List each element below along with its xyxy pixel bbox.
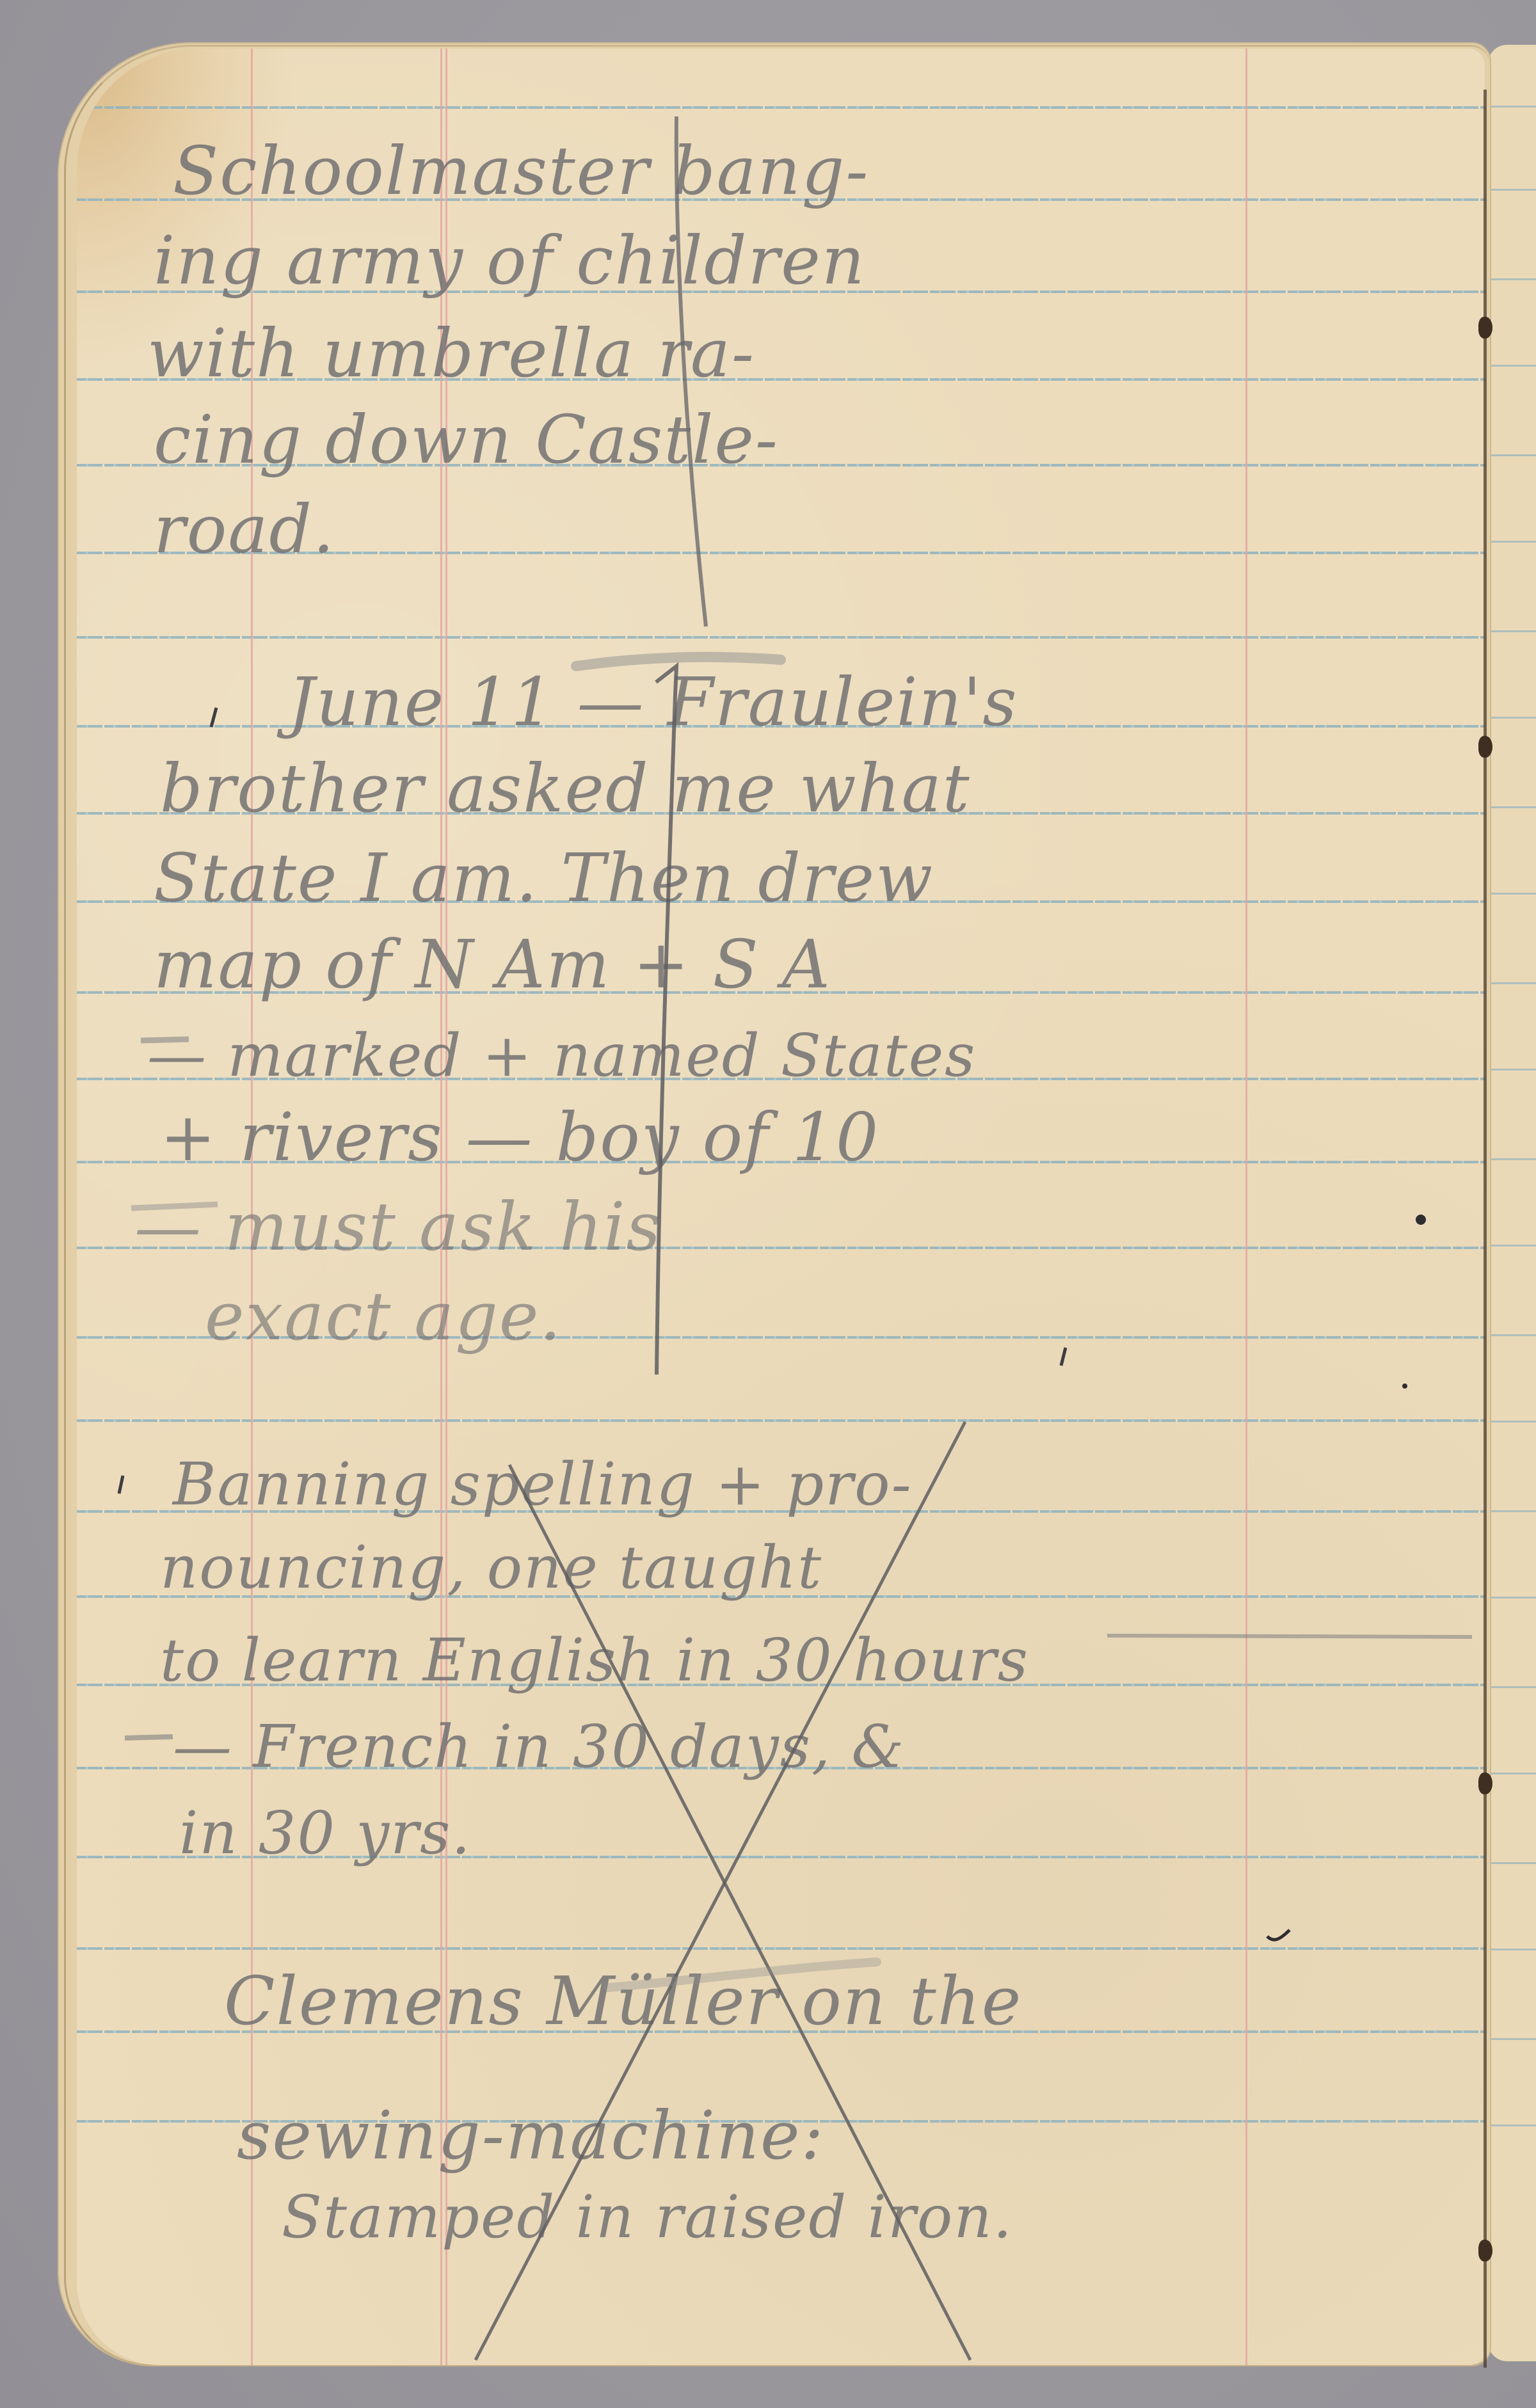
gutter-shadow [1484, 90, 1487, 2368]
vertical-divider-bottom [656, 666, 676, 1375]
notebook-page: Schoolmaster bang- ing army of children … [77, 49, 1485, 2365]
tick-mark [211, 708, 216, 727]
strike-line-1 [509, 1465, 970, 2360]
ink-dot [1402, 1383, 1407, 1389]
binding-hole [1478, 1773, 1492, 1794]
ink-dot [1416, 1215, 1426, 1225]
binding-hole [1478, 317, 1492, 339]
next-page-edge [1488, 45, 1536, 2361]
binding-hole [1478, 2240, 1492, 2261]
vertical-divider-top [676, 116, 706, 626]
pencil-marks [77, 49, 1485, 2365]
tick-mark [1267, 1930, 1290, 1940]
tick-mark [119, 1476, 123, 1494]
strike-line-2 [476, 1422, 965, 2360]
tick-mark [1061, 1348, 1066, 1366]
binding-hole [1478, 736, 1492, 758]
